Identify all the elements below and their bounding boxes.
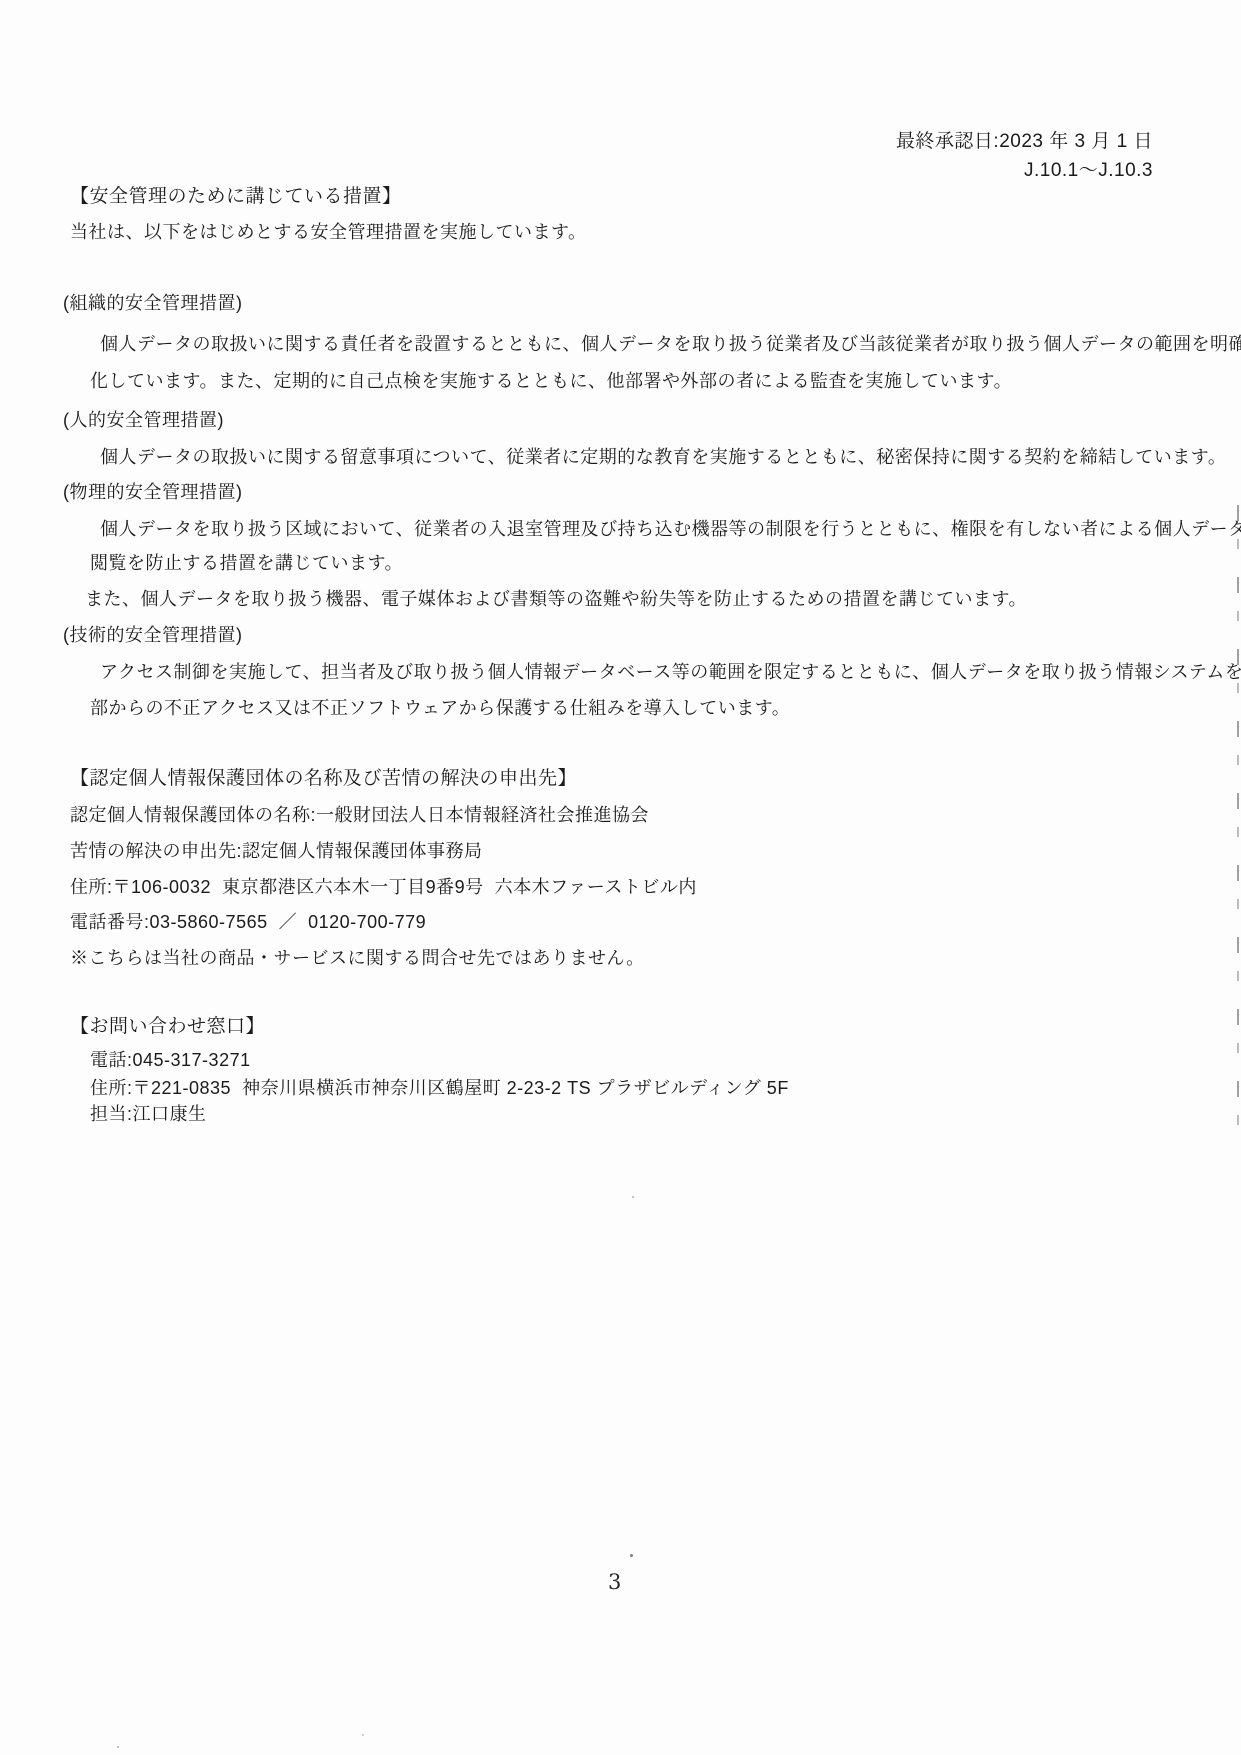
section-intro: 当社は、以下をはじめとする安全管理措置を実施しています。 <box>70 222 587 244</box>
paragraph-line: 部からの不正アクセス又は不正ソフトウェアから保護する仕組みを導入しています。 <box>90 698 790 720</box>
scan-edge-artifact <box>1237 505 1239 1145</box>
contact-address-line: 住所:〒221-0835 神奈川県横浜市神奈川区鶴屋町 2-23-2 TS プラ… <box>90 1078 789 1100</box>
organization-phone-line: 電話番号:03-5860-7565 ／ 0120-700-779 <box>70 912 426 934</box>
contact-person-line: 担当:江口康生 <box>90 1104 207 1126</box>
subsection-heading-personnel: (人的安全管理措置) <box>63 410 224 432</box>
paragraph-line: 閲覧を防止する措置を講じています。 <box>90 553 403 575</box>
organization-address-line: 住所:〒106-0032 東京都港区六本木一丁目9番9号 六本木ファーストビル内 <box>70 877 697 899</box>
paragraph-line: アクセス制御を実施して、担当者及び取り扱う個人情報データベース等の範囲を限定する… <box>100 662 1241 684</box>
section-title-complaint-contact: 【認定個人情報保護団体の名称及び苦情の解決の申出先】 <box>70 768 577 791</box>
scan-speck <box>117 1746 119 1748</box>
subsection-heading-technical: (技術的安全管理措置) <box>63 625 243 647</box>
scanned-document-page: 最終承認日:2023 年 3 月 1 日 J.10.1～J.10.3 【安全管理… <box>0 0 1241 1755</box>
subsection-heading-physical: (物理的安全管理措置) <box>63 482 243 504</box>
scan-speck <box>630 1554 633 1557</box>
paragraph-line: 個人データの取扱いに関する留意事項について、従業者に定期的な教育を実施するととも… <box>100 447 1226 469</box>
approval-date: 最終承認日:2023 年 3 月 1 日 <box>896 131 1153 154</box>
contact-phone-line: 電話:045-317-3271 <box>90 1050 251 1072</box>
disclaimer-note-line: ※こちらは当社の商品・サービスに関する問合せ先ではありません。 <box>70 948 645 970</box>
scan-speck <box>362 1734 364 1736</box>
paragraph-line: また、個人データを取り扱う機器、電子媒体および書類等の盗難や紛失等を防止するため… <box>85 589 1027 611</box>
scan-speck <box>632 1196 634 1198</box>
subsection-heading-organizational: (組織的安全管理措置) <box>63 293 243 315</box>
complaint-office-line: 苦情の解決の申出先:認定個人情報保護団体事務局 <box>70 841 483 863</box>
doc-code: J.10.1～J.10.3 <box>1024 160 1153 183</box>
section-title-contact-window: 【お問い合わせ窓口】 <box>70 1016 265 1039</box>
organization-name-line: 認定個人情報保護団体の名称:一般財団法人日本情報経済社会推進協会 <box>70 805 649 827</box>
paragraph-line: 個人データを取り扱う区域において、従業者の入退室管理及び持ち込む機器等の制限を行… <box>100 519 1241 541</box>
section-title-security-measures: 【安全管理のために講じている措置】 <box>70 186 402 209</box>
paragraph-line: 化しています。また、定期的に自己点検を実施するとともに、他部署や外部の者による監… <box>90 371 1012 393</box>
paragraph-line: 個人データの取扱いに関する責任者を設置するとともに、個人データを取り扱う従業者及… <box>100 334 1241 356</box>
page-number: 3 <box>608 1570 621 1594</box>
